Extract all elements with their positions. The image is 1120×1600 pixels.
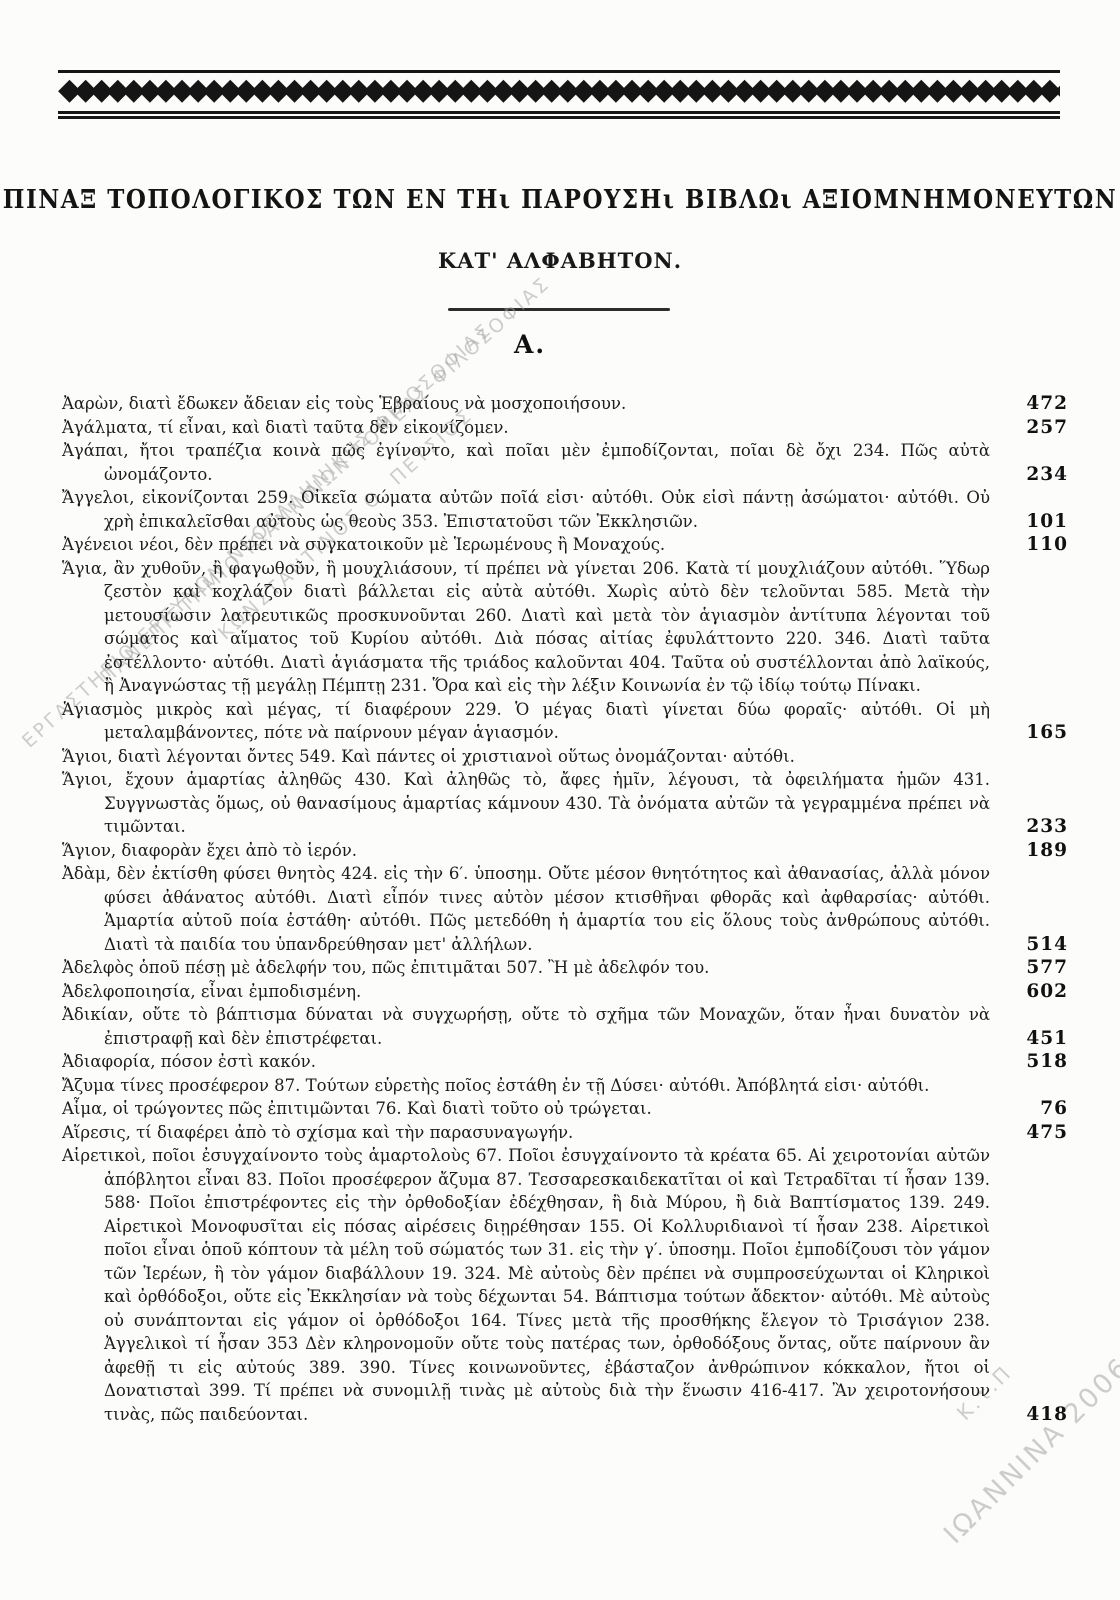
index-entry: Ἅγιον, διαφορὰν ἔχει ἀπὸ τὸ ἱερόν. 189 (62, 839, 1068, 863)
entry-text: Ἀγάλματα, τί εἶναι, καὶ διατὶ ταῦτα δὲν … (62, 416, 990, 440)
index-entry: Ἀγάπαι, ἤτοι τραπέζια κοινὰ πῶς ἐγίνοντο… (62, 439, 1068, 486)
entry-page-number: 233 (990, 815, 1068, 839)
index-entry: Ἀδιαφορία, πόσον ἐστὶ κακόν. 518 (62, 1050, 1068, 1074)
title-divider-rule (448, 308, 670, 311)
entry-page-number: 257 (990, 416, 1068, 440)
entry-text: Ἀγένειοι νέοι, δὲν πρέπει νὰ συγκατοικοῦ… (62, 533, 990, 557)
index-entry: Ἄγγελοι, εἰκονίζονται 259. Οἰκεῖα σώματα… (62, 486, 1068, 533)
entry-page-number: 110 (990, 533, 1068, 557)
index-entry: Αἱρετικοὶ, ποῖοι ἐσυγχαίνοντο τοὺς ἁμαρτ… (62, 1144, 1068, 1426)
entry-text: Ἀδελφοποιησία, εἶναι ἐμποδισμένη. (62, 980, 990, 1004)
index-entry: Ἅγιοι, διατὶ λέγονται ὄντες 549. Καὶ πάν… (62, 745, 1068, 769)
ornamental-border-band: ◆◆◆◆◆◆◆◆◆◆◆◆◆◆◆◆◆◆◆◆◆◆◆◆◆◆◆◆◆◆◆◆◆◆◆◆◆◆◆◆… (58, 70, 1060, 119)
entry-page-number: 101 (990, 510, 1068, 534)
index-entry: Αἷμα, οἱ τρώγοντες πῶς ἐπιτιμῶνται 76. Κ… (62, 1097, 1068, 1121)
entry-page-number: 577 (990, 956, 1068, 980)
scanned-index-page: ◆◆◆◆◆◆◆◆◆◆◆◆◆◆◆◆◆◆◆◆◆◆◆◆◆◆◆◆◆◆◆◆◆◆◆◆◆◆◆◆… (0, 0, 1120, 1600)
entry-page-number: 602 (990, 980, 1068, 1004)
index-entry: Ἅγια, ἂν χυθοῦν, ἢ φαγωθοῦν, ἢ μουχλιάσο… (62, 557, 1068, 698)
index-entry: Ἀαρὼν, διατὶ ἔδωκεν ἄδειαν εἰς τοὺς Ἑβρα… (62, 392, 1068, 416)
index-entry: Ἅγιοι, ἔχουν ἁμαρτίας ἀληθῶς 430. Καὶ ἀλ… (62, 768, 1068, 839)
entry-text: Ἀδελφὸς ὁποῦ πέσῃ μὲ ἀδελφήν του, πῶς ἐπ… (62, 956, 990, 980)
entry-page-number: 234 (990, 463, 1068, 487)
index-entry: Αἵρεσις, τί διαφέρει ἀπὸ τὸ σχίσμα καὶ τ… (62, 1121, 1068, 1145)
page-subtitle: ΚΑΤ' ΑΛΦΑΒΗΤΟΝ. (0, 248, 1120, 273)
section-letter-A: Α. (0, 330, 1060, 359)
entry-text: Ἄζυμα τίνες προσέφερον 87. Τούτων εὑρετὴ… (62, 1074, 990, 1098)
entry-text: Αἵρεσις, τί διαφέρει ἀπὸ τὸ σχίσμα καὶ τ… (62, 1121, 990, 1145)
index-entry: Ἀγένειοι νέοι, δὲν πρέπει νὰ συγκατοικοῦ… (62, 533, 1068, 557)
entry-page-number: 451 (990, 1027, 1068, 1051)
entry-text: Ἄγγελοι, εἰκονίζονται 259. Οἰκεῖα σώματα… (62, 486, 990, 533)
entry-text: Ἀγάπαι, ἤτοι τραπέζια κοινὰ πῶς ἐγίνοντο… (62, 439, 990, 486)
entry-page-number: 518 (990, 1050, 1068, 1074)
entry-text: Ἅγιον, διαφορὰν ἔχει ἀπὸ τὸ ἱερόν. (62, 839, 990, 863)
index-entry: Ἀδελφοποιησία, εἶναι ἐμποδισμένη. 602 (62, 980, 1068, 1004)
entry-page-number: 472 (990, 392, 1068, 416)
entry-page-number: 189 (990, 839, 1068, 863)
entry-text: Αἱρετικοὶ, ποῖοι ἐσυγχαίνοντο τοὺς ἁμαρτ… (62, 1144, 990, 1426)
entry-page-number: 76 (990, 1097, 1068, 1121)
entry-page-number: 418 (990, 1403, 1068, 1427)
entry-page-number: 475 (990, 1121, 1068, 1145)
index-entry: Ἀδελφὸς ὁποῦ πέσῃ μὲ ἀδελφήν του, πῶς ἐπ… (62, 956, 1068, 980)
entry-text: Ἁγιασμὸς μικρὸς καὶ μέγας, τί διαφέρουν … (62, 698, 990, 745)
index-entry-list: Ἀαρὼν, διατὶ ἔδωκεν ἄδειαν εἰς τοὺς Ἑβρα… (62, 392, 1068, 1426)
entry-text: Αἷμα, οἱ τρώγοντες πῶς ἐπιτιμῶνται 76. Κ… (62, 1097, 990, 1121)
index-entry: Ἀγάλματα, τί εἶναι, καὶ διατὶ ταῦτα δὲν … (62, 416, 1068, 440)
index-entry: Ἀδὰμ, δὲν ἐκτίσθη φύσει θνητὸς 424. εἰς … (62, 862, 1068, 956)
index-entry: Ἁγιασμὸς μικρὸς καὶ μέγας, τί διαφέρουν … (62, 698, 1068, 745)
page-title: ΠΙΝΑΞ ΤΟΠΟΛΟΓΙΚΟΣ ΤΩΝ ΕΝ ΤΗι ΠΑΡΟΥΣΗι ΒΙ… (0, 184, 1120, 214)
index-entry: Ἄζυμα τίνες προσέφερον 87. Τούτων εὑρετὴ… (62, 1074, 1068, 1098)
entry-page-number: 514 (990, 933, 1068, 957)
entry-text: Ἅγιοι, διατὶ λέγονται ὄντες 549. Καὶ πάν… (62, 745, 990, 769)
index-entry: Ἀδικίαν, οὔτε τὸ βάπτισμα δύναται νὰ συγ… (62, 1003, 1068, 1050)
entry-text: Ἅγια, ἂν χυθοῦν, ἢ φαγωθοῦν, ἢ μουχλιάσο… (62, 557, 990, 698)
entry-page-number: 165 (990, 721, 1068, 745)
entry-text: Ἅγιοι, ἔχουν ἁμαρτίας ἀληθῶς 430. Καὶ ἀλ… (62, 768, 990, 839)
entry-text: Ἀδικίαν, οὔτε τὸ βάπτισμα δύναται νὰ συγ… (62, 1003, 990, 1050)
entry-text: Ἀαρὼν, διατὶ ἔδωκεν ἄδειαν εἰς τοὺς Ἑβρα… (62, 392, 990, 416)
entry-text: Ἀδὰμ, δὲν ἐκτίσθη φύσει θνητὸς 424. εἰς … (62, 862, 990, 956)
entry-text: Ἀδιαφορία, πόσον ἐστὶ κακόν. (62, 1050, 990, 1074)
